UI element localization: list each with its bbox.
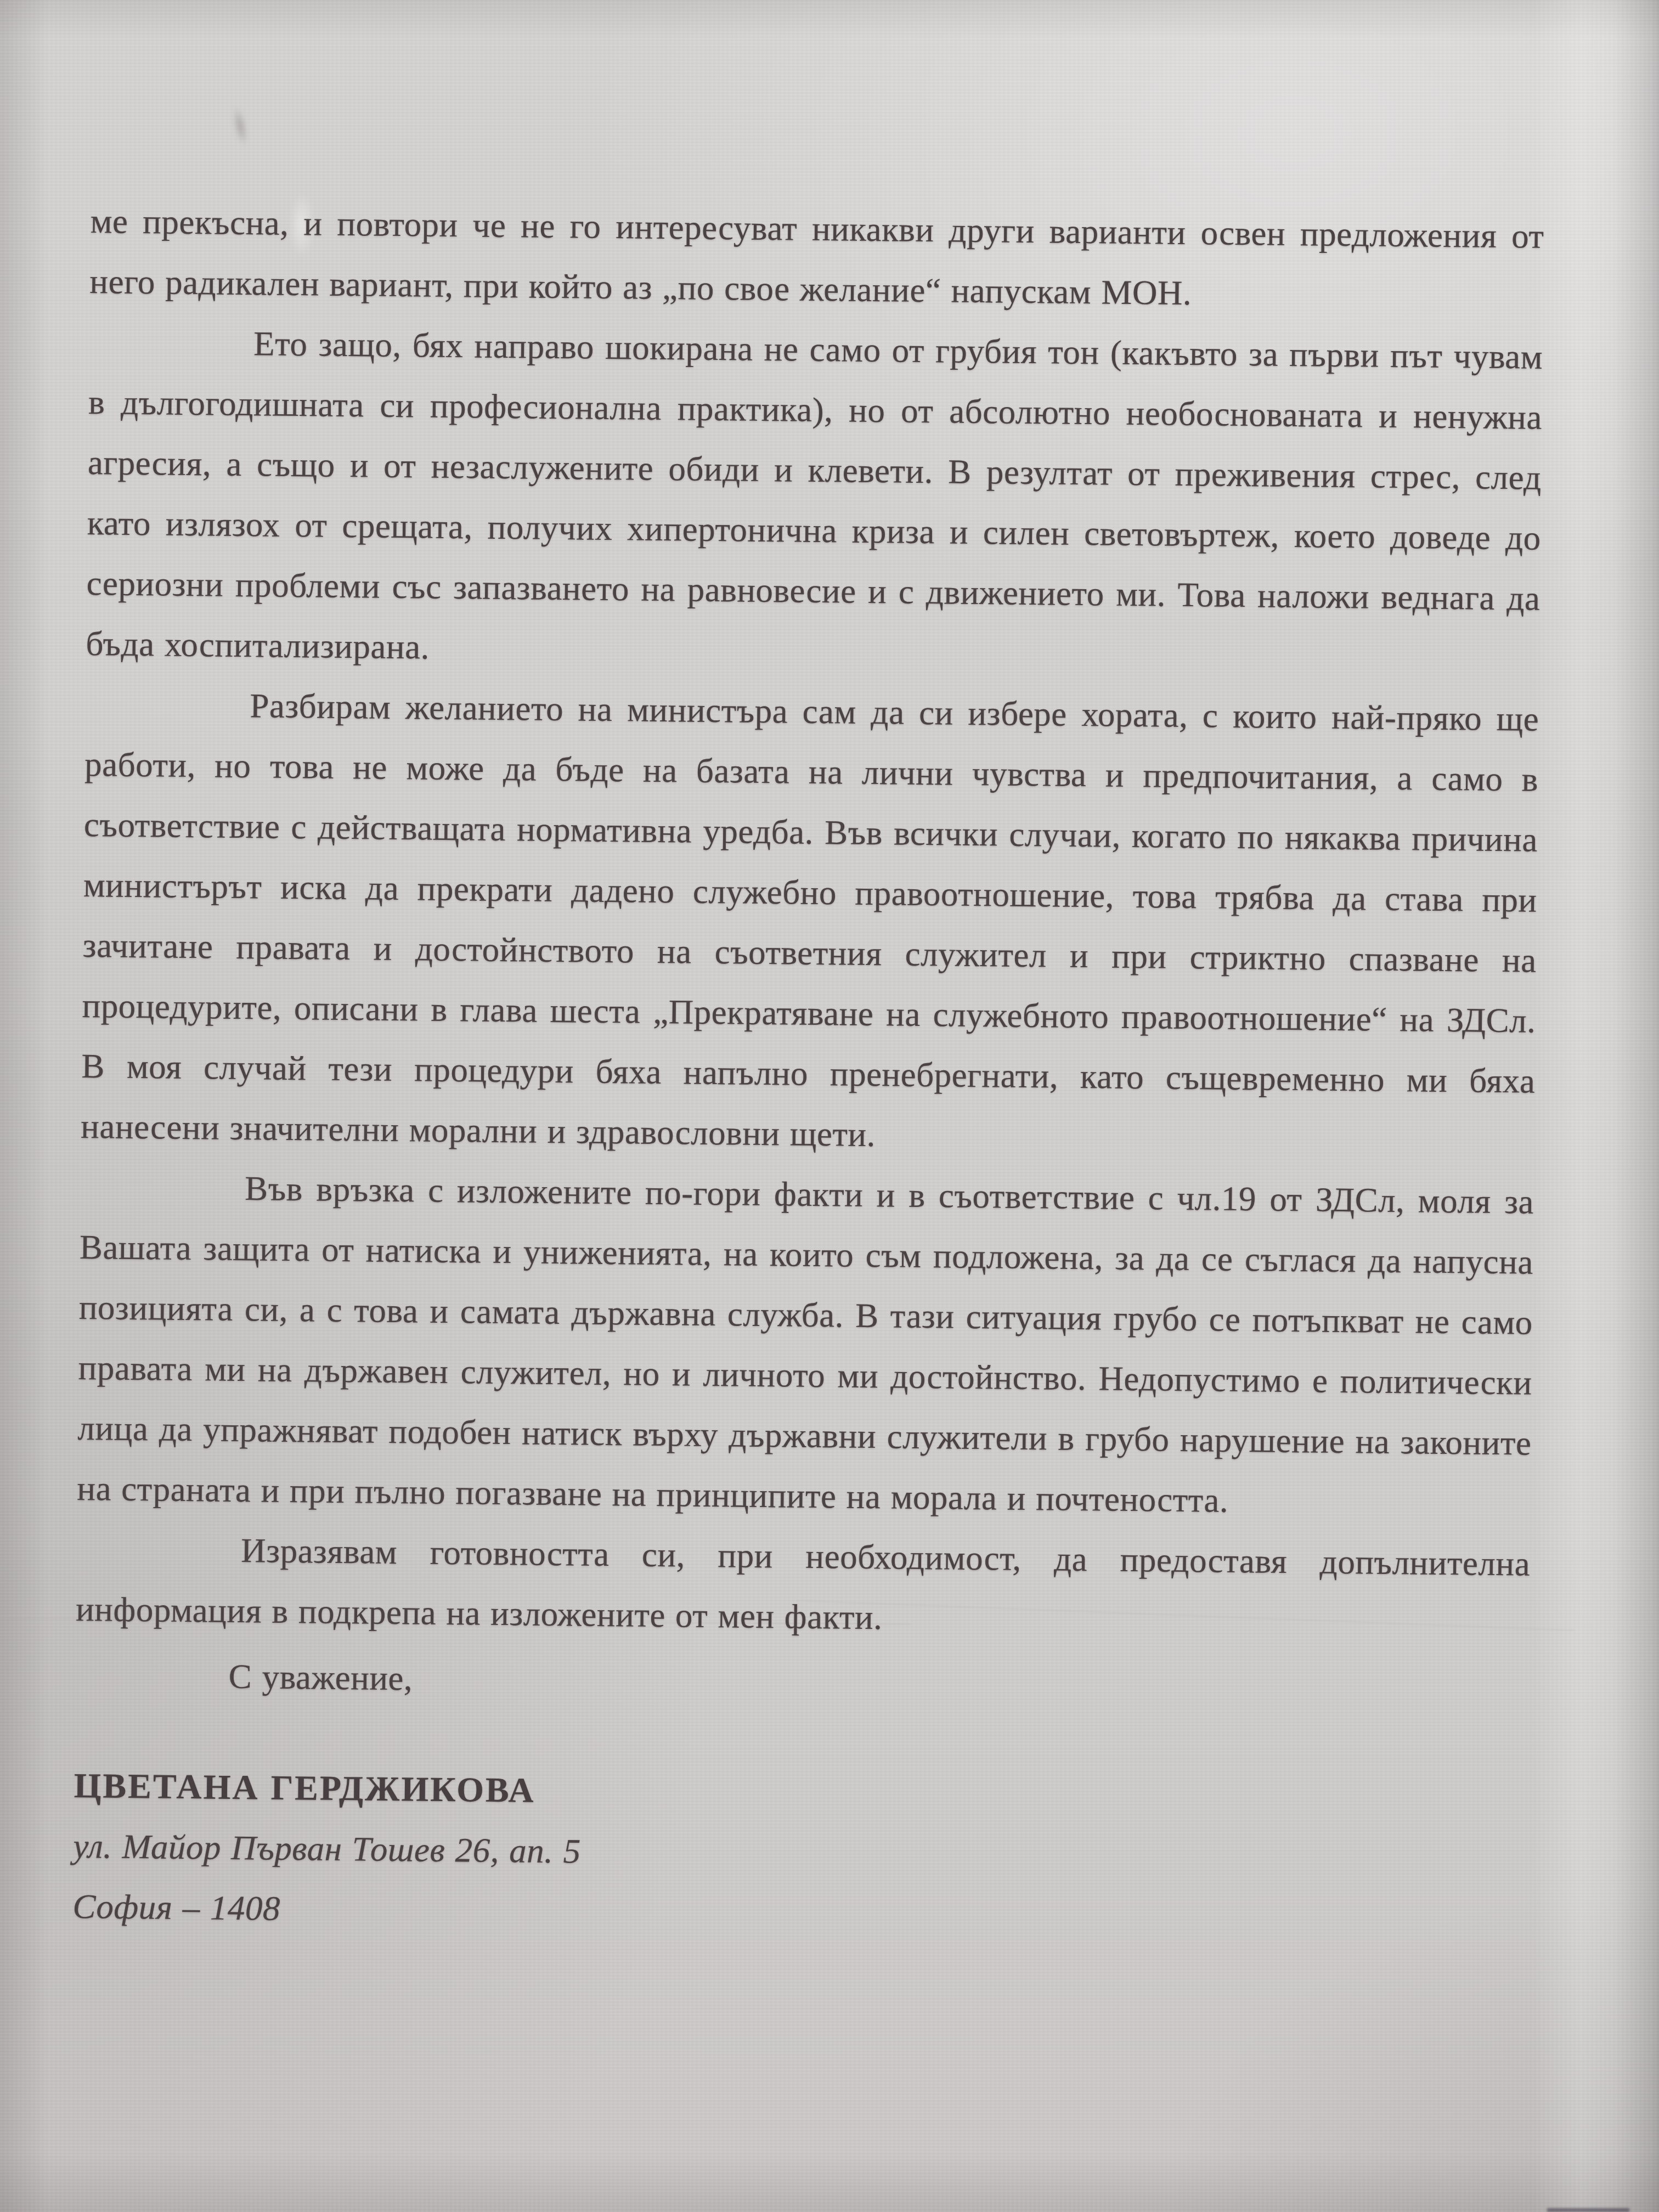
paragraph-request-protection: Във връзка с изложените по-гори факти и … (77, 1156, 1534, 1534)
paragraph-continued: ме прекъсна, и повтори че не го интересу… (89, 191, 1544, 327)
signature-block: ЦВЕТАНА ГЕРДЖИКОВА ул. Майор Първан Тоше… (72, 1756, 1528, 1952)
paragraph-procedures: Разбирам желанието на министъра сам да с… (81, 674, 1539, 1172)
closing-salutation: С уважение, (75, 1645, 1529, 1720)
paragraph-readiness: Изразявам готовността си, при необходимо… (76, 1519, 1531, 1655)
letter-text-block: ме прекъсна, и повтори че не го интересу… (72, 191, 1544, 1952)
photographed-letter-page: ме прекъсна, и повтори че не го интересу… (0, 0, 1659, 2212)
paragraph-shock: Ето защо, бях направо шокирана не само о… (86, 312, 1543, 689)
paper-bottom-edge (1547, 2208, 1629, 2212)
